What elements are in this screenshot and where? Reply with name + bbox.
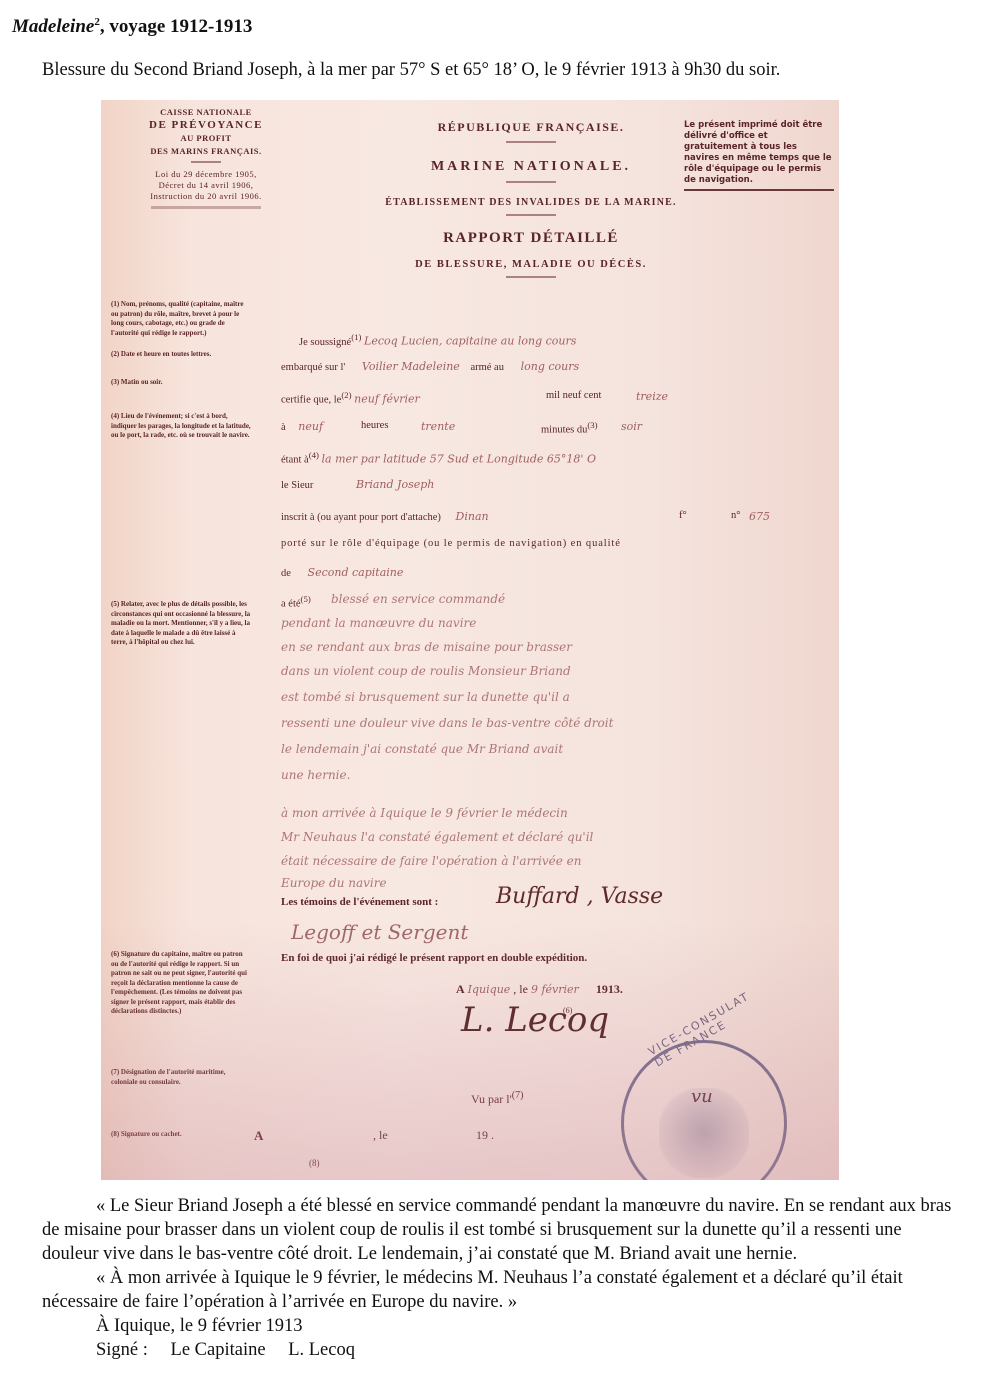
label: , le [513,982,528,996]
footnote-4: (4) Lieu de l'événement; si c'est à bord… [111,412,251,441]
handwritten-line: Europe du navire [281,876,387,890]
handwritten-line: blessé en service commandé [331,592,505,606]
label: inscrit à (ou ayant pour port d'attache) [281,512,441,523]
footnote-8: (8) Signature ou cachet. [111,1130,251,1140]
value: long cours [521,360,580,373]
transcription-paragraph: « À mon arrivée à Iquique le 9 février, … [42,1266,962,1314]
mark: (5) [301,594,311,604]
label: à [281,422,286,433]
ship-name: Madeleine [12,16,94,37]
label-text: minutes du [541,425,587,436]
year: 1913. [596,982,623,996]
label: f° [679,510,687,521]
notice-box: Le présent imprimé doit être délivré d'o… [684,120,834,191]
mark: (7) [512,1090,524,1101]
footnote-1: (1) Nom, prénoms, qualité (capitaine, ma… [111,300,251,338]
value: Briand Joseph [356,478,434,491]
field-ete: a été(5) [281,594,311,610]
handwritten-line: le lendemain j'ai constaté que Mr Briand… [281,742,563,756]
field-embarque: embarqué sur l' Voilier Madeleine armé a… [281,360,579,373]
form-header: RÉPUBLIQUE FRANÇAISE. MARINE NATIONALE. … [361,120,701,278]
transcription-paragraph: « Le Sieur Briand Joseph a été blessé en… [42,1194,962,1266]
divider [506,214,556,216]
footnote-7: (7) Désignation de l'autorité maritime, … [111,1068,251,1087]
label: Je soussigné [299,337,351,348]
caisse-line: DE PRÉVOYANCE [131,119,281,132]
handwritten-line: ressenti une douleur vive dans le bas-ve… [281,716,613,730]
label: A [456,982,465,996]
field-porte: porté sur le rôle d'équipage (ou le perm… [281,538,621,549]
mark: (8) [309,1158,320,1168]
label: de [281,568,291,579]
value: trente [421,420,455,433]
divider [191,161,221,163]
value: 9 février [531,983,579,996]
transcription-signature: Signé : Le Capitaine L. Lecoq [42,1338,962,1362]
year: 19 . [476,1128,494,1143]
label: , le [373,1128,388,1143]
page-title: Madeleine2, voyage 1912-1913 [12,16,252,38]
form-photograph: CAISSE NATIONALE DE PRÉVOYANCE AU PROFIT… [101,100,839,1180]
field-time: à neuf heures trente minutes du(3) soir [281,420,839,433]
value: Dinan [456,510,489,523]
label: Vu par l' [471,1092,512,1106]
value: la mer par latitude 57 Sud et Longitude … [322,453,596,466]
loi-line: Décret du 14 avril 1906, [131,180,281,191]
header-marine: MARINE NATIONALE. [361,159,701,175]
value: Voilier Madeleine [362,360,460,373]
footnote-3: (3) Matin ou soir. [111,378,251,388]
caisse-line: AU PROFIT [131,132,281,145]
stamp-emblem-icon [659,1088,749,1178]
handwritten-line: dans un violent coup de roulis Monsieur … [281,664,571,678]
mark: (4) [309,450,319,460]
place-date-line: A Iquique , le 9 février 1913. [456,982,623,997]
notice-text: Le présent imprimé doit être délivré d'o… [684,120,834,186]
field-location: étant à(4) la mer par latitude 57 Sud et… [281,450,596,466]
header-etablissement: ÉTABLISSEMENT DES INVALIDES DE LA MARINE… [331,197,731,208]
field-date: certifie que, le(2) neuf février mil neu… [281,390,420,406]
consulate-stamp: VICE-CONSULAT DE FRANCE [621,1040,787,1180]
caisse-header: CAISSE NATIONALE DE PRÉVOYANCE AU PROFIT… [131,106,281,209]
loi-line: Loi du 29 décembre 1905, [131,169,281,180]
label: certifie que, le [281,395,341,406]
divider [151,206,261,209]
handwritten-line: en se rendant aux bras de misaine pour b… [281,640,572,654]
divider [684,189,834,191]
loi-line: Instruction du 20 avril 1906. [131,191,281,202]
field-qualite: de Second capitaine [281,566,403,579]
divider [506,141,556,143]
label: mil neuf cent [546,390,601,401]
value: Second capitaine [308,566,404,579]
mark: (6) [563,1006,572,1015]
footnote-2: (2) Date et heure en toutes lettres. [111,350,251,360]
vu-par-line: Vu par l'(7) [471,1090,523,1107]
handwritten-line: une hernie. [281,768,350,782]
header-republique: RÉPUBLIQUE FRANÇAISE. [361,120,701,135]
value: Lecoq Lucien, capitaine au long cours [364,335,576,348]
handwritten-line: Mr Neuhaus l'a constaté également et déc… [281,830,593,844]
label: a été [281,599,301,610]
mark: (2) [341,390,351,400]
caisse-line: DES MARINS FRANÇAIS. [131,145,281,158]
label: embarqué sur l' [281,362,345,373]
value: Iquique [468,983,511,996]
temoins-label: Les témoins de l'événement sont : [281,896,438,908]
mark: (1) [351,332,361,342]
signed-role: Le Capitaine [171,1340,266,1360]
label: A [254,1128,263,1144]
field-soussigne: Je soussigné(1) Lecoq Lucien, capitaine … [281,332,576,348]
handwritten-line: est tombé si brusquement sur la dunette … [281,690,570,704]
transcription-place-date: À Iquique, le 9 février 1913 [42,1314,962,1338]
value: 675 [749,510,770,523]
divider [506,276,556,278]
handwritten-line: pendant la manœuvre du navire [281,616,476,630]
handwritten-line: à mon arrivée à Iquique le 9 février le … [281,806,568,820]
value: treize [636,390,668,403]
signed-label: Signé : [96,1340,148,1360]
temoins-value: Buffard , Vasse [496,884,663,909]
en-foi-line: En foi de quoi j'ai rédigé le présent ra… [281,952,587,964]
value: neuf février [354,393,420,406]
footnote-6: (6) Signature du capitaine, maître ou pa… [111,950,251,1017]
header-subtitle: DE BLESSURE, MALADIE OU DÉCÈS. [361,259,701,270]
label: n° [731,510,740,521]
voyage-years: , voyage 1912-1913 [100,16,253,37]
stamp-text: VICE-CONSULAT DE FRANCE [646,978,779,1070]
value: neuf [298,420,323,433]
captain-signature: L. Lecoq [461,1000,609,1040]
value: soir [621,420,642,433]
label: étant à [281,455,309,466]
label: minutes du(3) [541,420,598,436]
divider [506,181,556,183]
header-rapport: RAPPORT DÉTAILLÉ [361,230,701,247]
field-inscrit: inscrit à (ou ayant pour port d'attache)… [281,510,839,523]
label: le Sieur [281,480,313,491]
label: armé au [470,362,504,373]
signed-name: L. Lecoq [288,1340,355,1360]
caisse-line: CAISSE NATIONALE [131,106,281,119]
mark: (3) [587,420,597,430]
document-subtitle: Blessure du Second Briand Joseph, à la m… [42,60,780,81]
label: heures [361,420,388,431]
transcription: « Le Sieur Briand Joseph a été blessé en… [42,1194,962,1362]
field-sieur: le Sieur Briand Joseph [281,478,434,491]
handwritten-line: était nécessaire de faire l'opération à … [281,854,582,868]
footnote-5: (5) Relater, avec le plus de détails pos… [111,600,251,648]
temoins-value: Legoff et Sergent [291,920,468,944]
